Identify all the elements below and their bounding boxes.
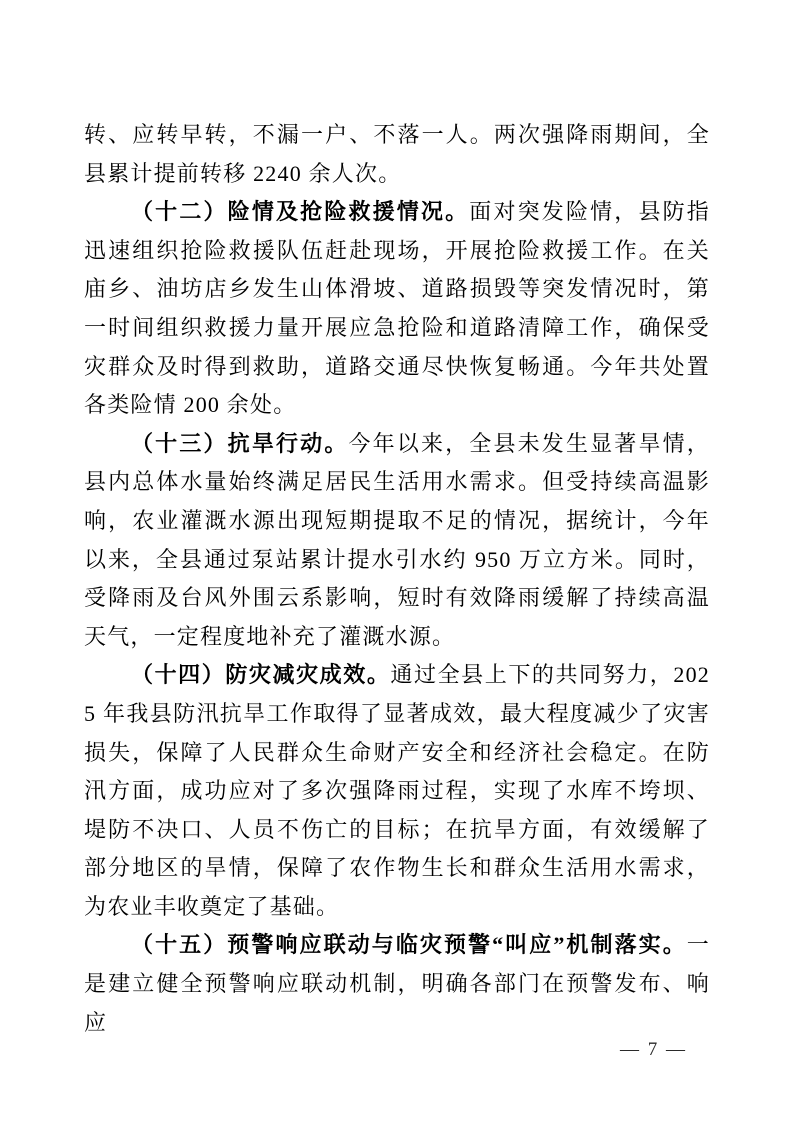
section-heading: （十二）险情及抢险救援情况。 bbox=[131, 199, 469, 224]
paragraph-text: 今年以来，全县未发生显著旱情，县内总体水量始终满足居民生活用水需求。但受持续高温… bbox=[84, 431, 710, 649]
document-text-block: 转、应转早转，不漏一户、不落一人。两次强降雨期间，全县累计提前转移 2240 余… bbox=[84, 116, 710, 1042]
paragraph-text: 面对突发险情，县防指迅速组织抢险救援队伍赶赴现场，开展抢险救援工作。在关庙乡、油… bbox=[84, 199, 710, 417]
paragraph-text: 通过全县上下的共同努力，2025 年我县防汛抗旱工作取得了显著成效，最大程度减少… bbox=[84, 662, 710, 919]
paragraph-section-14: （十四）防灾减灾成效。通过全县上下的共同努力，2025 年我县防汛抗旱工作取得了… bbox=[84, 656, 710, 926]
paragraph-section-13: （十三）抗旱行动。今年以来，全县未发生显著旱情，县内总体水量始终满足居民生活用水… bbox=[84, 425, 710, 657]
paragraph-continuation: 转、应转早转，不漏一户、不落一人。两次强降雨期间，全县累计提前转移 2240 余… bbox=[84, 116, 710, 193]
page-number: — 7 — bbox=[0, 1039, 687, 1061]
paragraph-section-15: （十五）预警响应联动与临灾预警“叫应”机制落实。一是建立健全预警响应联动机制，明… bbox=[84, 926, 710, 1042]
paragraph-section-12: （十二）险情及抢险救援情况。面对突发险情，县防指迅速组织抢险救援队伍赶赴现场，开… bbox=[84, 193, 710, 425]
section-heading: （十三）抗旱行动。 bbox=[131, 431, 348, 456]
paragraph-text: 转、应转早转，不漏一户、不落一人。两次强降雨期间，全县累计提前转移 2240 余… bbox=[84, 122, 710, 186]
section-heading: （十五）预警响应联动与临灾预警“叫应”机制落实。 bbox=[131, 932, 687, 957]
document-page: 转、应转早转，不漏一户、不落一人。两次强降雨期间，全县累计提前转移 2240 余… bbox=[0, 0, 793, 1122]
section-heading: （十四）防灾减灾成效。 bbox=[131, 662, 390, 687]
